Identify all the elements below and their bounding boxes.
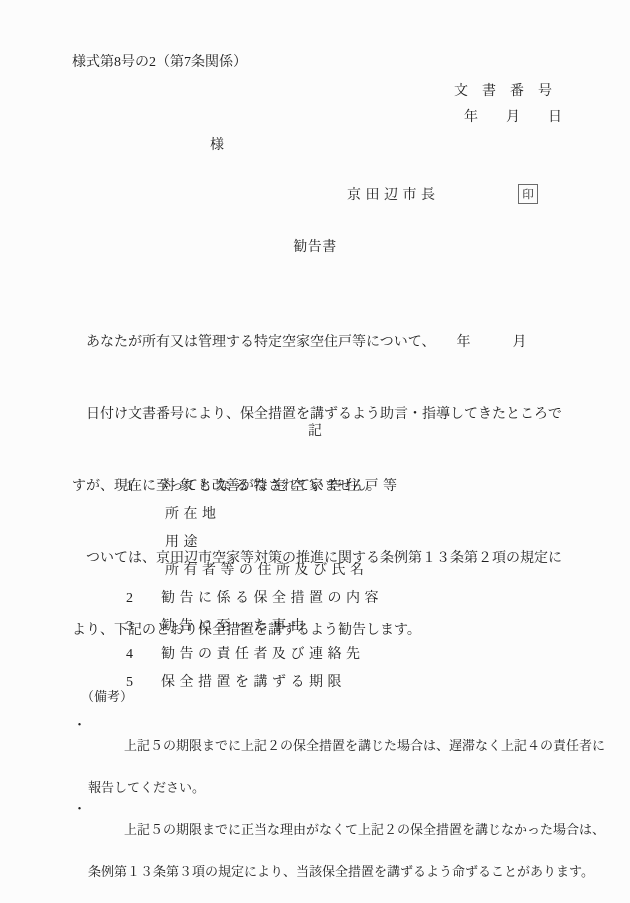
list-item-number: 3 (126, 613, 161, 641)
document-number-label: 文 書 番 号 (454, 80, 552, 100)
seal-label: 印 (522, 186, 534, 202)
list-item-label: 勧告に至った事由 (161, 619, 309, 634)
list-item-label: 所有者等の住所及び氏名 (165, 563, 369, 578)
remark-line: ・上記５の期限までに正当な理由がなくて上記２の保全措置を講じなかった場合は、 (73, 798, 590, 861)
remark-line: 報告してください。 (73, 777, 590, 798)
bullet-icon: ・ (73, 714, 86, 735)
remark-text: 上記５の期限までに上記２の保全措置を講じた場合は、遅滞なく上記４の責任者に (124, 738, 605, 753)
list-item-number: 1 (126, 473, 161, 501)
list-item-label: 用途 (165, 535, 202, 550)
sender-name: 京田辺市長 (347, 184, 440, 204)
remark-line: ・上記５の期限までに上記２の保全措置を講じた場合は、遅滞なく上記４の責任者に (73, 714, 590, 777)
document-title: 勧告書 (0, 236, 630, 256)
remark-text: 上記５の期限までに正当な理由がなくて上記２の保全措置を講じなかった場合は、 (124, 822, 605, 837)
body-line: あなたが所有又は管理する特定空家空住戸等について、 年 月 (72, 331, 574, 355)
remark-line: 条例第１３条第３項の規定により、当該保全措置を講ずるよう命ずることがあります。 (73, 861, 590, 882)
addressee-suffix: 様 (210, 134, 224, 154)
bullet-icon: ・ (73, 798, 86, 819)
date-line: 年 月 日 (464, 106, 562, 126)
list-item-label: 所在地 (165, 507, 221, 522)
list-item-1: 1対象となる特定空家空住戸等 (78, 445, 402, 473)
form-number: 様式第8号の2（第7条関係） (72, 51, 247, 71)
document-page: 様式第8号の2（第7条関係） 文 書 番 号 年 月 日 様 京田辺市長 印 勧… (0, 0, 630, 903)
remark-item: ・上記５の期限までに正当な理由がなくて上記２の保全措置を講じなかった場合は、 条… (73, 798, 590, 882)
list-item-label: 勧告の責任者及び連絡先 (161, 647, 365, 662)
remark-item: ・上記５の期限までに上記２の保全措置を講じた場合は、遅滞なく上記４の責任者に 報… (73, 714, 590, 798)
list-item-label: 勧告に係る保全措置の内容 (161, 591, 383, 606)
list-item-label: 対象となる特定空家空住戸等 (161, 479, 402, 494)
remarks-label: （備考） (81, 686, 133, 705)
itemized-list: 1対象となる特定空家空住戸等 所在地 用途 所有者等の住所及び氏名 2勧告に係る… (78, 445, 402, 669)
section-marker-ki: 記 (0, 420, 630, 440)
seal-stamp-box: 印 (518, 184, 538, 204)
list-item-number: 4 (126, 641, 161, 669)
list-item-number: 2 (126, 585, 161, 613)
remarks-list: ・上記５の期限までに上記２の保全措置を講じた場合は、遅滞なく上記４の責任者に 報… (73, 714, 590, 882)
list-item-label: 保全措置を講ずる期限 (161, 675, 346, 690)
